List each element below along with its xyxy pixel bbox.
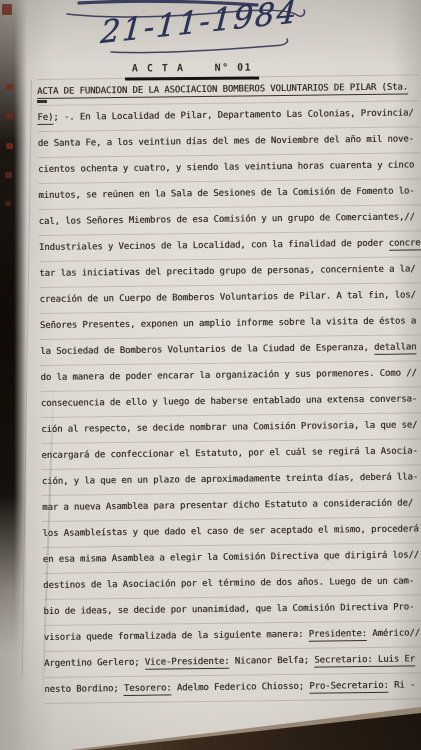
handwritten-date-area: 21-11-1984 — [0, 0, 421, 78]
document-line: los Asambleístas y que dado el caso de s… — [42, 516, 421, 547]
document-line: Argentino Gerlero; Vice-Presidente: Nica… — [44, 646, 421, 677]
document-line: creación de un Cuerpo de Bomberos Volunt… — [40, 282, 421, 313]
document-line: nesto Bordino; Tesorero: Adelmo Federico… — [44, 672, 421, 703]
page-edge-mark — [5, 172, 12, 178]
document-line: Fe); -. En la Localidad de Pilar, Depart… — [37, 100, 419, 131]
document-line: de Santa Fe, a los veintiun días del mes… — [38, 126, 420, 157]
page-edge-mark — [6, 143, 13, 149]
document-line: la Sociedad de Bomberos Voluntarios de l… — [40, 334, 421, 365]
document-line: Industriales y Vecinos de la Localidad, … — [39, 230, 421, 261]
document-line: minutos, se reúnen en la Sala de Sesione… — [38, 178, 420, 209]
document-line: do la manera de poder encarar la organiz… — [40, 360, 421, 391]
left-binding-shadow — [0, 0, 27, 750]
document-line: tar las iniciativas del precitado grupo … — [39, 256, 421, 287]
document-line: visoria quede formalizada de la siguient… — [44, 620, 421, 651]
document-line: bio de ideas, se decide por unanimidad, … — [43, 594, 421, 625]
document-line: mar a nueva Asamblea para presentar dich… — [42, 490, 421, 521]
page-edge-mark — [6, 113, 13, 119]
document-line: Señores Presentes, exponen un amplio inf… — [40, 308, 421, 339]
document-line: encargará de confeccionar el Estatuto, p… — [41, 438, 421, 469]
document-line: ción, y la que en un plazo de aproximada… — [42, 464, 421, 495]
document-line: consecuencia de ello y luego de haberse … — [41, 386, 421, 417]
handwritten-date: 21-11-1984 — [98, 0, 299, 51]
document-line: cal, los Señores Miembros de esa Comisió… — [39, 204, 421, 235]
document-line: en esa misma Asamblea a elegir la Comisi… — [43, 542, 421, 573]
document-line: cientos ochenta y cuatro, y siendo las v… — [38, 152, 420, 183]
page-edge-mark — [6, 84, 13, 90]
page-edge-mark — [2, 4, 12, 15]
document-line: ción al respecto, se decide nombrar una … — [41, 412, 421, 443]
document-body: ACTA DE FUNDACION DE LA ASOCIACION BOMBE… — [37, 74, 421, 704]
double-underline-mark — [37, 100, 47, 103]
document-line: destinos de la Asociación por el término… — [43, 568, 421, 599]
page-edge-mark — [5, 201, 11, 206]
document-photo: ACTA DE FUNDACION DE LA ASOCIACION BOMBE… — [0, 0, 421, 750]
